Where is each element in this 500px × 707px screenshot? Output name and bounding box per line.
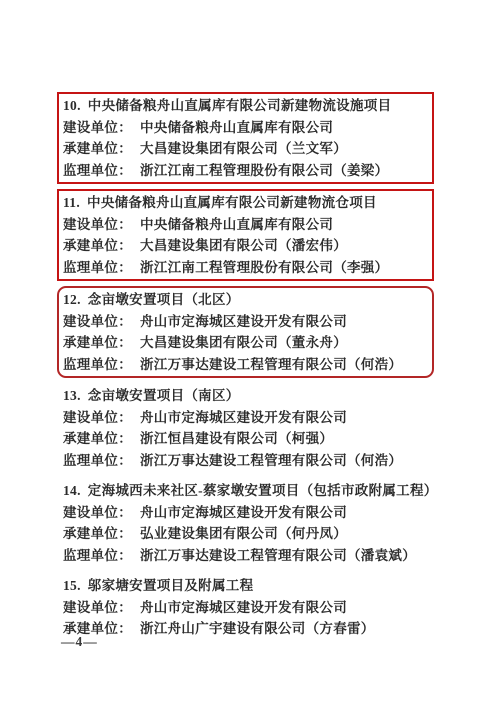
role-label: 承建单位： [63,523,132,545]
role-line-owner: 建设单位：舟山市定海城区建设开发有限公司 [63,311,428,333]
role-label: 建设单位： [63,117,132,139]
role-value: 舟山市定海城区建设开发有限公司 [140,505,347,520]
project-block-15: 15.邬家塘安置项目及附属工程 建设单位：舟山市定海城区建设开发有限公司 承建单… [57,574,434,641]
role-label: 建设单位： [63,214,132,236]
role-line-owner: 建设单位：中央储备粮舟山直属库有限公司 [63,214,428,236]
project-title-line: 10.中央储备粮舟山直属库有限公司新建物流设施项目 [63,95,428,117]
project-title-line: 15.邬家塘安置项目及附属工程 [63,575,428,597]
project-list: 10.中央储备粮舟山直属库有限公司新建物流设施项目 建设单位：中央储备粮舟山直属… [57,92,434,648]
role-label: 建设单位： [63,407,132,429]
role-label: 监理单位： [63,257,132,279]
role-line-owner: 建设单位：舟山市定海城区建设开发有限公司 [63,407,428,429]
role-label: 承建单位： [63,235,132,257]
project-number: 11. [63,192,80,214]
role-value: 大昌建设集团有限公司（董永舟） [140,335,347,350]
project-number: 10. [63,95,81,117]
role-line-owner: 建设单位：中央储备粮舟山直属库有限公司 [63,117,428,139]
project-block-10: 10.中央储备粮舟山直属库有限公司新建物流设施项目 建设单位：中央储备粮舟山直属… [57,92,434,184]
role-line-contractor: 承建单位：大昌建设集团有限公司（潘宏伟） [63,235,428,257]
role-value: 弘业建设集团有限公司（何丹凤） [140,526,347,541]
role-value: 浙江万事达建设工程管理有限公司（潘袁斌） [140,548,416,563]
role-line-supervisor: 监理单位：浙江万事达建设工程管理有限公司（何浩） [63,450,428,472]
project-number: 12. [63,289,81,311]
role-value: 浙江江南工程管理股份有限公司（李强） [140,260,388,275]
page-number: —4— [61,634,98,650]
project-block-11: 11.中央储备粮舟山直属库有限公司新建物流仓项目 建设单位：中央储备粮舟山直属库… [57,189,434,281]
role-value: 舟山市定海城区建设开发有限公司 [140,410,347,425]
role-label: 建设单位： [63,311,132,333]
role-label: 建设单位： [63,597,132,619]
role-label: 监理单位： [63,160,132,182]
role-line-supervisor: 监理单位：浙江江南工程管理股份有限公司（姜梁） [63,160,428,182]
project-title-text: 中央储备粮舟山直属库有限公司新建物流仓项目 [87,195,377,210]
role-value: 大昌建设集团有限公司（兰文军） [140,141,347,156]
project-title-text: 邬家塘安置项目及附属工程 [88,578,254,593]
role-line-supervisor: 监理单位：浙江万事达建设工程管理有限公司（潘袁斌） [63,545,428,567]
role-label: 监理单位： [63,354,132,376]
project-number: 15. [63,575,81,597]
project-title-line: 11.中央储备粮舟山直属库有限公司新建物流仓项目 [63,192,428,214]
project-number: 14. [63,480,81,502]
role-line-contractor: 承建单位：弘业建设集团有限公司（何丹凤） [63,523,428,545]
role-value: 大昌建设集团有限公司（潘宏伟） [140,238,347,253]
role-value: 浙江江南工程管理股份有限公司（姜梁） [140,163,388,178]
role-value: 浙江舟山广宇建设有限公司（方春雷） [140,621,375,636]
project-block-14: 14.定海城西未来社区-蔡家墩安置项目（包括市政附属工程） 建设单位：舟山市定海… [57,479,434,567]
role-line-owner: 建设单位：舟山市定海城区建设开发有限公司 [63,597,428,619]
project-title-text: 中央储备粮舟山直属库有限公司新建物流设施项目 [88,98,392,113]
role-line-supervisor: 监理单位：浙江万事达建设工程管理有限公司（何浩） [63,354,428,376]
role-value: 中央储备粮舟山直属库有限公司 [140,217,333,232]
role-line-contractor: 承建单位：大昌建设集团有限公司（兰文军） [63,138,428,160]
role-label: 建设单位： [63,502,132,524]
project-title-text: 定海城西未来社区-蔡家墩安置项目（包括市政附属工程） [88,483,438,498]
role-value: 中央储备粮舟山直属库有限公司 [140,120,333,135]
project-block-12: 12.念亩墩安置项目（北区） 建设单位：舟山市定海城区建设开发有限公司 承建单位… [57,286,434,378]
project-title-text: 念亩墩安置项目（北区） [88,292,240,307]
project-title-line: 14.定海城西未来社区-蔡家墩安置项目（包括市政附属工程） [63,480,428,502]
role-value: 舟山市定海城区建设开发有限公司 [140,600,347,615]
role-label: 承建单位： [63,332,132,354]
project-title-line: 12.念亩墩安置项目（北区） [63,289,428,311]
role-value: 浙江万事达建设工程管理有限公司（何浩） [140,357,402,372]
role-label: 承建单位： [63,428,132,450]
document-page: 10.中央储备粮舟山直属库有限公司新建物流设施项目 建设单位：中央储备粮舟山直属… [0,0,500,707]
project-block-13: 13.念亩墩安置项目（南区） 建设单位：舟山市定海城区建设开发有限公司 承建单位… [57,384,434,472]
project-title-line: 13.念亩墩安置项目（南区） [63,385,428,407]
role-line-owner: 建设单位：舟山市定海城区建设开发有限公司 [63,502,428,524]
role-label: 监理单位： [63,450,132,472]
role-line-contractor: 承建单位：浙江舟山广宇建设有限公司（方春雷） [63,618,428,640]
project-number: 13. [63,385,81,407]
project-title-text: 念亩墩安置项目（南区） [88,388,240,403]
role-value: 舟山市定海城区建设开发有限公司 [140,314,347,329]
role-label: 承建单位： [63,138,132,160]
role-value: 浙江恒昌建设有限公司（柯强） [140,431,333,446]
role-label: 监理单位： [63,545,132,567]
role-line-contractor: 承建单位：浙江恒昌建设有限公司（柯强） [63,428,428,450]
role-line-supervisor: 监理单位：浙江江南工程管理股份有限公司（李强） [63,257,428,279]
role-value: 浙江万事达建设工程管理有限公司（何浩） [140,453,402,468]
role-line-contractor: 承建单位：大昌建设集团有限公司（董永舟） [63,332,428,354]
